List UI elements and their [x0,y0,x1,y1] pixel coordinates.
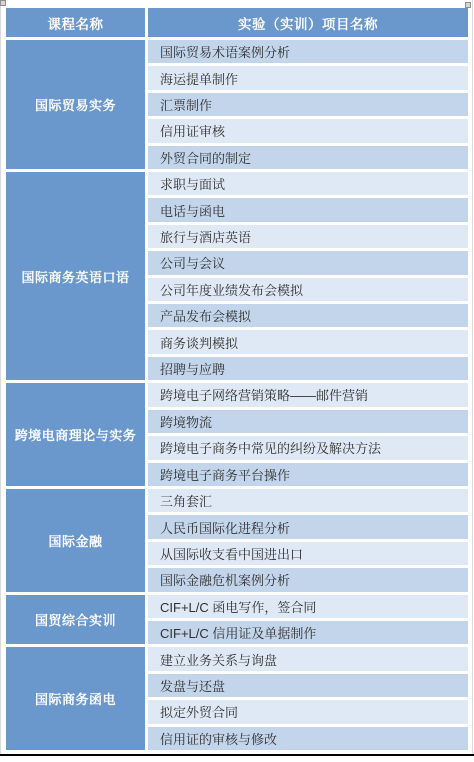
page-bottom-border [0,754,474,756]
project-cell: 公司年度业绩发布会模拟 [148,278,468,301]
project-cell: CIF+L/C 信用证及单据制作 [148,621,468,644]
course-cell: 跨境电商理论与实务 [6,383,145,486]
course-cell: 国际商务英语口语 [6,172,145,380]
project-cell: 跨境电子商务平台操作 [148,463,468,486]
project-cell: 海运提单制作 [148,66,468,89]
project-cell: 跨境电子商务中常见的纠纷及解决方法 [148,436,468,459]
project-cell: 从国际收支看中国进出口 [148,542,468,565]
project-cell: 信用证的审核与修改 [148,727,468,750]
project-cell: 跨境物流 [148,410,468,433]
project-cell: CIF+L/C 函电写作，签合同 [148,595,468,618]
course-cell: 国际金融 [6,489,145,592]
project-cell: 三角套汇 [148,489,468,512]
project-cell: 跨境电子网络营销策略——邮件营销 [148,383,468,406]
page-left-edge [0,0,1,754]
project-cell: 人民币国际化进程分析 [148,515,468,538]
course-cell: 国贸综合实训 [6,595,145,645]
project-cell: 发盘与还盘 [148,674,468,697]
project-cell: 电话与函电 [148,198,468,221]
project-cell: 建立业务关系与询盘 [148,647,468,670]
project-cell: 外贸合同的制定 [148,146,468,169]
project-cell: 商务谈判模拟 [148,330,468,353]
header-project-name: 实验（实训）项目名称 [148,8,468,37]
project-cell: 信用证审核 [148,119,468,142]
project-cell: 拟定外贸合同 [148,700,468,723]
project-cell: 求职与面试 [148,172,468,195]
project-cell: 旅行与酒店英语 [148,225,468,248]
project-cell: 公司与会议 [148,251,468,274]
course-cell: 国际商务函电 [6,647,145,750]
course-cell: 国际贸易实务 [6,40,145,169]
project-cell: 国际贸易术语案例分析 [148,40,468,63]
header-course-name: 课程名称 [6,8,145,37]
project-cell: 招聘与应聘 [148,357,468,380]
document-page: 课程名称 实验（实训）项目名称 国际贸易实务国际贸易术语案例分析海运提单制作汇票… [0,0,474,762]
page-right-edge [472,0,473,754]
project-cell: 国际金融危机案例分析 [148,568,468,591]
project-cell: 产品发布会模拟 [148,304,468,327]
table-move-handle-icon [0,0,6,6]
course-projects-table: 课程名称 实验（实训）项目名称 国际贸易实务国际贸易术语案例分析海运提单制作汇票… [6,8,468,750]
project-cell: 汇票制作 [148,93,468,116]
